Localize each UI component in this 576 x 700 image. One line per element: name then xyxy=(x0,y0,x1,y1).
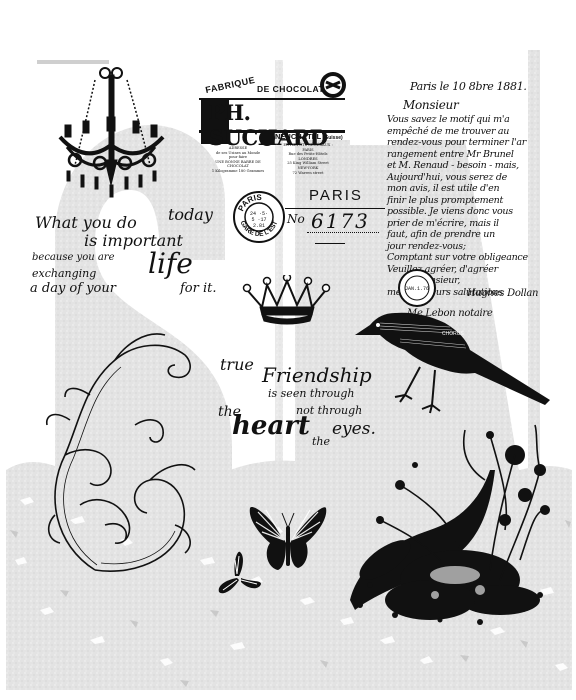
ticket: PARIS No 6173 xyxy=(285,185,385,245)
ticket-number: 6173 xyxy=(311,209,370,233)
quote-life-day: a day of your xyxy=(30,281,116,296)
ticket-city: PARIS xyxy=(309,187,363,204)
label-small-left-line: 1 Kilogramme 180 Grammes xyxy=(207,169,269,174)
postmark-stamp: PARIS GARE DE L'EST 24 ·5· 5 ·17 2.81 xyxy=(232,190,286,244)
svg-text:2.81: 2.81 xyxy=(253,223,265,229)
quote-life-life: life xyxy=(148,247,193,280)
medallion-icon xyxy=(318,70,348,100)
label-city: NEUCHÂTEL (Suisse) xyxy=(275,132,343,141)
quote-friendship-true: true xyxy=(220,355,254,374)
butterfly-small-icon xyxy=(215,548,265,598)
quote-friendship-seen: is seen through xyxy=(268,387,355,400)
label-small-right-line: 72 Warren street xyxy=(277,171,339,176)
quote-friendship-friendship: Friendship xyxy=(262,363,372,387)
letter-line: possible. Je viens donc vous xyxy=(387,206,513,217)
crown-icon xyxy=(242,275,332,325)
quote-life-today: today xyxy=(168,205,213,224)
ticket-dotted-line xyxy=(307,232,379,233)
letter-line: Vous savez le motif qui m'a xyxy=(387,114,510,125)
chandelier-icon xyxy=(55,65,170,205)
label-fabrique: FABRIQUE xyxy=(205,75,256,95)
quote-friendship-heart: heart xyxy=(232,411,310,441)
letter-line: finir le plus promptement xyxy=(387,195,503,206)
floral-cluster-icon xyxy=(340,410,560,630)
letter-line: jour rendez-vous; xyxy=(387,241,466,252)
letter-line: Comptant sur votre obligeance xyxy=(387,252,528,263)
letter-line: rendez-vous pour terminer l'ar xyxy=(387,137,526,148)
country-text: (Suisse) xyxy=(323,135,342,141)
city-text: NEUCHÂTEL xyxy=(275,132,321,141)
letter-line: prier de m'écrire, mais il xyxy=(387,218,499,229)
letter-line: faut, afin de prendre un xyxy=(387,229,495,240)
suchard-label: FABRIQUE DE CHOCOLAT PH. SUCHARD NEUCHÂT… xyxy=(195,48,345,168)
letter-date: Paris le 10 8bre 1881. xyxy=(410,80,527,93)
quote-life-what: What you do xyxy=(35,213,137,232)
ticket-underline xyxy=(315,243,345,244)
svg-text:JAN.1.76: JAN.1.76 xyxy=(405,286,429,292)
label-small-left-line: UNE BONNE BARRE DE CHOCOLAT xyxy=(207,160,269,169)
ticket-number-prefix: No xyxy=(287,212,305,226)
letter-signature: Hughes Dollan xyxy=(467,288,538,299)
letter-salutation: Monsieur xyxy=(403,98,458,112)
label-seal xyxy=(259,130,275,146)
label-small-right-line: ENTREPÔTS GÉNÉRAUX : xyxy=(277,143,339,148)
letter-line: mon avis, il est utile d'en xyxy=(387,183,499,194)
quote-life-exchanging: exchanging xyxy=(32,267,96,280)
handwritten-letter: Paris le 10 8bre 1881. Monsieur Vous sav… xyxy=(385,72,535,312)
notary-stamp: JAN.1.76 xyxy=(397,268,437,308)
letter-line: Aujourd'hui, vous serez de xyxy=(387,172,507,183)
label-small-right: ENTREPÔTS GÉNÉRAUX :PARISRue des Petits-… xyxy=(277,143,339,175)
quote-life: What you do today is important because y… xyxy=(30,205,230,300)
quote-friendship-the2: the xyxy=(312,435,330,448)
label-small-left: ADRESSEde ses Usines au Mondepour faireU… xyxy=(207,146,269,174)
label-de-chocolat: DE CHOCOLAT xyxy=(257,84,324,94)
flourish-icon xyxy=(35,325,210,580)
quote-life-forit: for it. xyxy=(180,281,217,296)
quote-life-because: because you are xyxy=(32,252,115,263)
svg-text:CHORUS: CHORUS xyxy=(442,331,464,337)
letter-line: et M. Renaud - besoin - mais, xyxy=(387,160,519,171)
letter-line: rangement entre Mr Brunel xyxy=(387,149,514,160)
letter-line: empêché de me trouver au xyxy=(387,126,509,137)
